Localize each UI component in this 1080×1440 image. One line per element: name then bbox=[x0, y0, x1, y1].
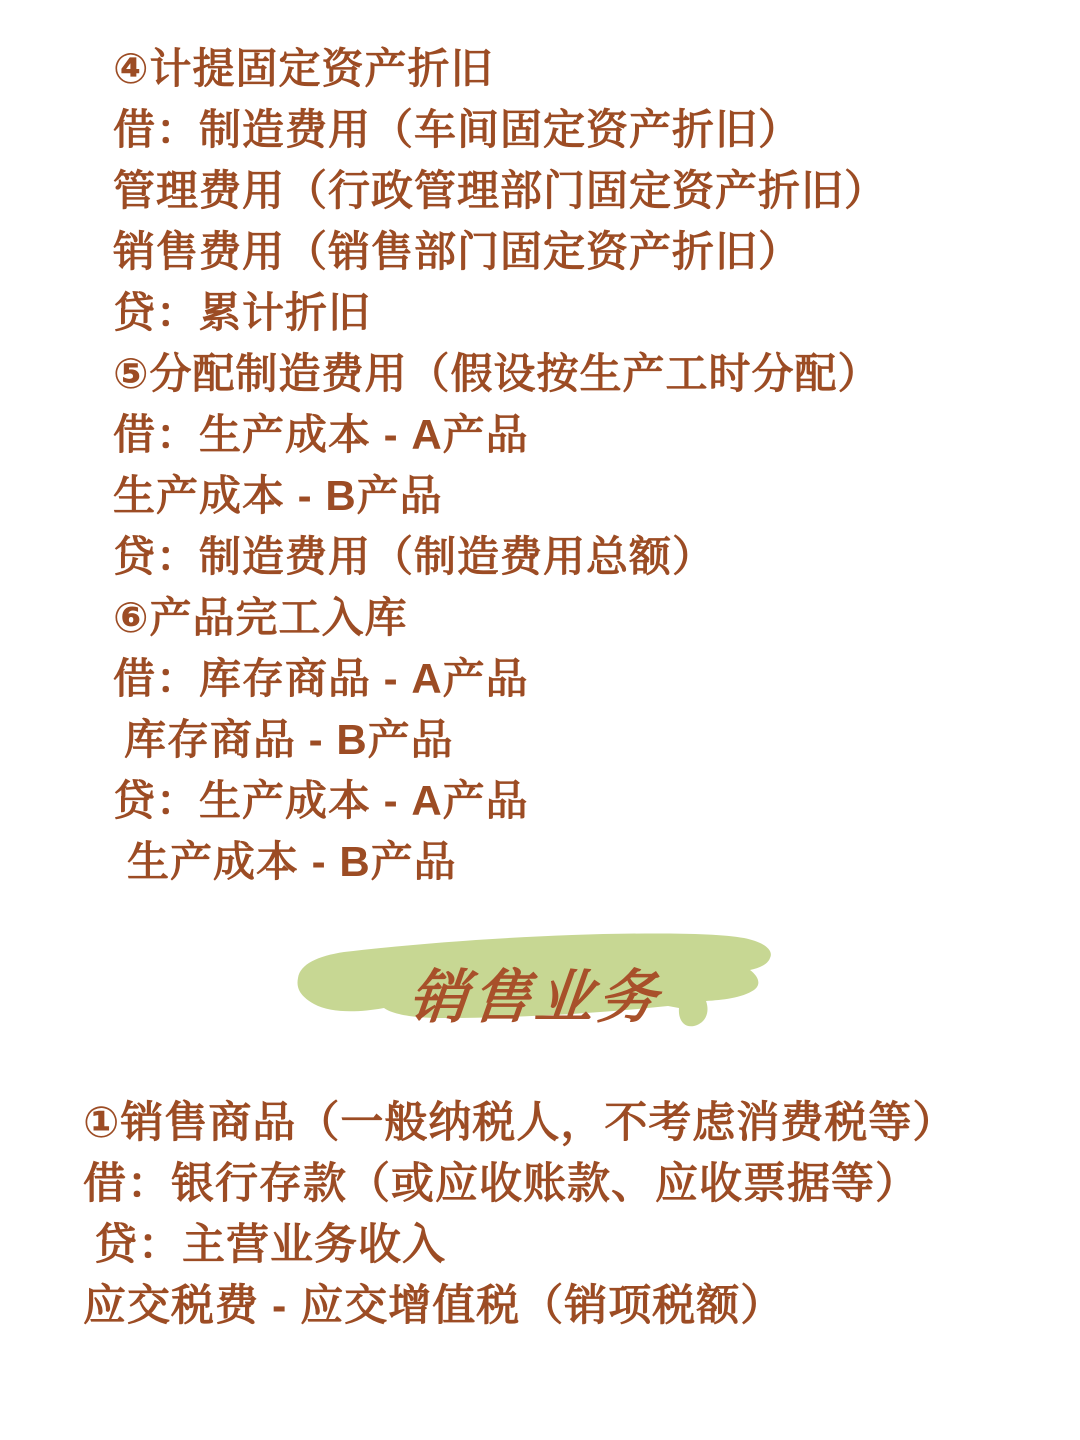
entry-line-sell-goods-heading: ①销售商品（一般纳税人，不考虑消费税等） bbox=[83, 1093, 1060, 1154]
entry-line-credit-accumulated-depreciation: 贷：累计折旧 bbox=[113, 282, 1060, 343]
entry-line-credit-main-revenue: 贷：主营业务收入 bbox=[83, 1215, 1060, 1276]
entry-line-allocate-overhead-heading: ⑤分配制造费用（假设按生产工时分配） bbox=[113, 343, 1060, 404]
section-title: 销售业务 bbox=[288, 950, 785, 1034]
entry-line-debit-bank-deposit: 借：银行存款（或应收账款、应收票据等） bbox=[83, 1154, 1060, 1215]
entry-line-production-cost-b-credit: 生产成本 - B产品 bbox=[113, 831, 1060, 892]
entry-line-finished-goods-heading: ⑥产品完工入库 bbox=[113, 587, 1060, 648]
entry-line-admin-expense: 管理费用（行政管理部门固定资产折旧） bbox=[113, 160, 1060, 221]
entry-line-selling-expense: 销售费用（销售部门固定资产折旧） bbox=[113, 221, 1060, 282]
entry-line-tax-payable-vat: 应交税费 - 应交增值税（销项税额） bbox=[83, 1276, 1060, 1337]
note-page: ④计提固定资产折旧 借：制造费用（车间固定资产折旧） 管理费用（行政管理部门固定… bbox=[0, 0, 1080, 1440]
production-entries-block: ④计提固定资产折旧 借：制造费用（车间固定资产折旧） 管理费用（行政管理部门固定… bbox=[113, 38, 1060, 892]
entry-line-debit-production-cost-a: 借：生产成本 - A产品 bbox=[113, 404, 1060, 465]
entry-line-credit-production-cost-a: 贷：生产成本 - A产品 bbox=[113, 770, 1060, 831]
section-header: 销售业务 bbox=[292, 926, 780, 1034]
entry-line-production-cost-b: 生产成本 - B产品 bbox=[113, 465, 1060, 526]
sales-entries-block: ①销售商品（一般纳税人，不考虑消费税等） 借：银行存款（或应收账款、应收票据等）… bbox=[83, 1093, 1060, 1337]
entry-line-debit-manufacturing-overhead: 借：制造费用（车间固定资产折旧） bbox=[113, 99, 1060, 160]
entry-line-inventory-b: 库存商品 - B产品 bbox=[113, 709, 1060, 770]
entry-line-depreciation-heading: ④计提固定资产折旧 bbox=[113, 38, 1060, 99]
entry-line-debit-inventory-a: 借：库存商品 - A产品 bbox=[113, 648, 1060, 709]
entry-line-credit-manufacturing-overhead: 贷：制造费用（制造费用总额） bbox=[113, 526, 1060, 587]
